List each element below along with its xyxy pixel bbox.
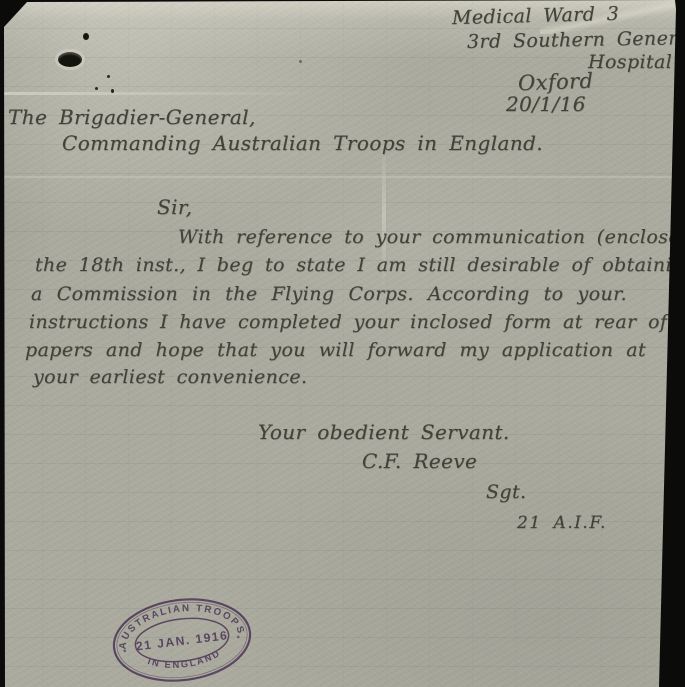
paper-speck [111,89,114,93]
scan-background: Medical Ward 3 3rd Southern General Hosp… [0,0,685,687]
body-line: a Commission in the Flying Corps. Accord… [31,283,627,305]
paper-hole [58,52,82,67]
paper-crease [0,176,685,178]
header-date: 20/1/16 [506,92,586,116]
stamp-arc-bottom-text: IN ENGLAND [145,647,223,674]
paper-speck [107,75,110,78]
header-hospital-name: 3rd Southern General [467,27,685,53]
header-hospital: Hospital [588,51,672,73]
body-line: your earliest convenience. [33,366,307,388]
addressee-title: The Brigadier-General, [8,105,256,129]
paper-speck [299,60,302,63]
paper-hole [83,33,89,40]
stamp-arc-bottom-label: IN ENGLAND [145,647,223,674]
signature: C.F. Reeve [362,449,477,473]
body-line: the 18th inst., I beg to state I am stil… [35,254,665,276]
addressee-command: Commanding Australian Troops in England. [62,131,543,155]
stamp-side-mark-right: * [236,634,241,643]
salutation: Sir, [157,195,192,219]
signature-rank: Sgt. [486,481,526,503]
body-line: With reference to your communication (en… [178,226,667,248]
signature-unit: 21 A.I.F. [517,513,607,533]
received-stamp: AUSTRALIAN TROOPS IN ENGLAND 21 JAN. 191… [103,588,260,687]
paper-speck [95,87,98,90]
body-line: papers and hope that you will forward my… [25,339,646,361]
header-ward: Medical Ward 3 [452,3,620,29]
letter-paper: Medical Ward 3 3rd Southern General Hosp… [0,0,685,687]
paper-crease [0,92,320,95]
valediction: Your obedient Servant. [258,420,510,444]
body-line: instructions I have completed your inclo… [29,311,640,333]
